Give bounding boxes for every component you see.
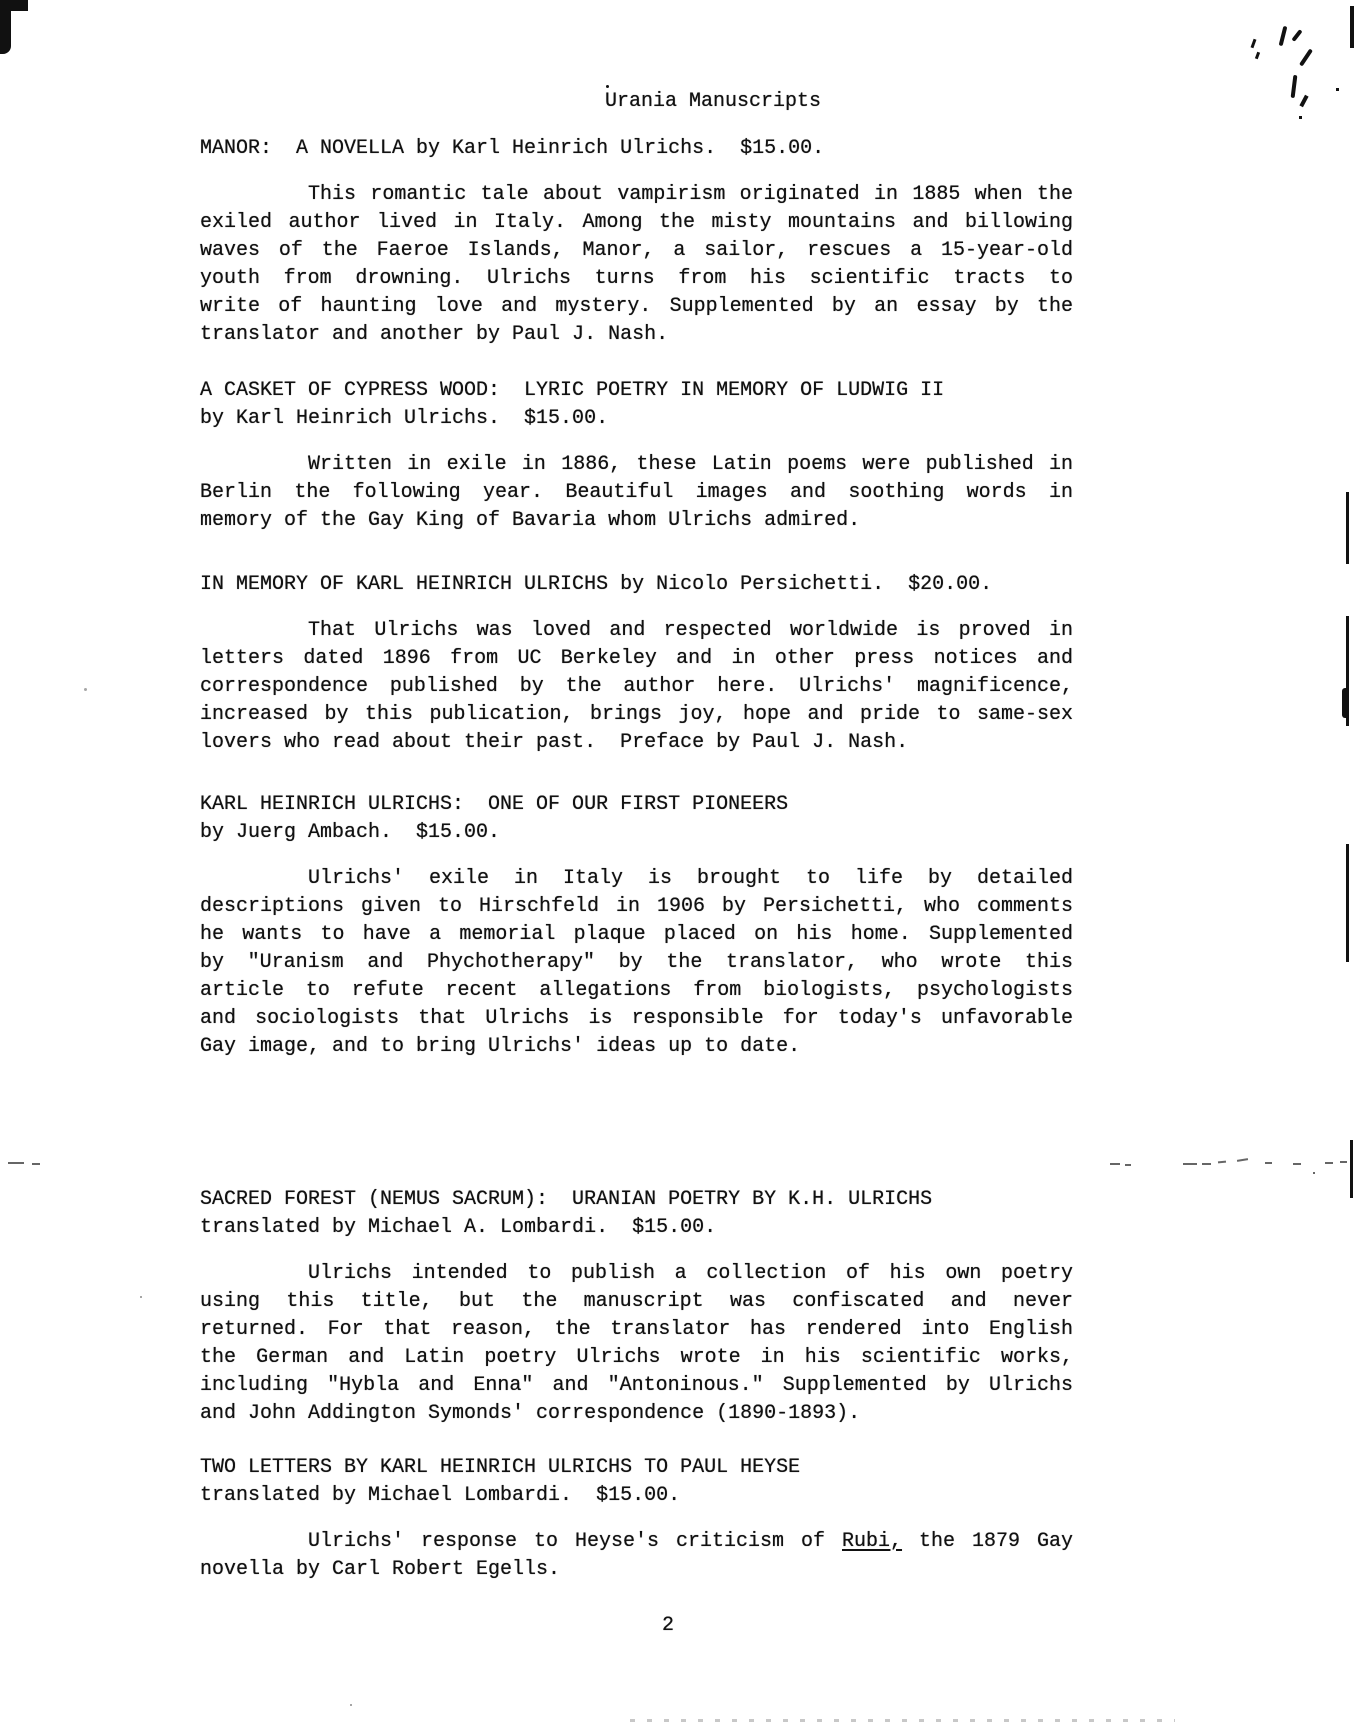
scan-dot [84,688,87,691]
entry-description: Ulrichs' exile in Italy is brought to li… [200,865,1073,1061]
entry-heading-line: IN MEMORY OF KARL HEINRICH ULRICHS by Ni… [200,571,1073,599]
text-line: Ulrichs intended to publish a collection… [200,1260,1073,1288]
pen-mark [1251,39,1257,48]
scan-dash [1218,1161,1226,1164]
text-line: article to refute recent allegations fro… [200,977,1073,1005]
pen-mark [1279,26,1288,46]
page-number: 2 [200,1612,1073,1640]
entry-heading-line: by Juerg Ambach. $15.00. [200,819,1073,847]
underlined-title-text: Rubi, [842,1530,902,1553]
entry-description: Ulrichs intended to publish a collection… [200,1260,1073,1428]
scanned-document-page: Urania Manuscripts MANOR: A NOVELLA by K… [0,0,1354,1729]
scan-edge-mark [1350,1140,1353,1198]
text-line: letters dated 1896 from UC Berkeley and … [200,645,1073,673]
pen-mark [1336,88,1339,91]
text-line: translator and another by Paul J. Nash. [200,321,1073,349]
catalog-entry: KARL HEINRICH ULRICHS: ONE OF OUR FIRST … [200,791,1073,1061]
text-line: Written in exile in 1886, these Latin po… [200,451,1073,479]
text-line: descriptions given to Hirschfeld in 1906… [200,893,1073,921]
scan-edge-mark [1346,492,1349,564]
scan-dash [1183,1163,1197,1165]
pen-mark [1299,116,1302,119]
text-line: Gay image, and to bring Ulrichs' ideas u… [200,1033,1073,1061]
entry-heading-line: TWO LETTERS BY KARL HEINRICH ULRICHS TO … [200,1454,1073,1482]
catalog-entry: TWO LETTERS BY KARL HEINRICH ULRICHS TO … [200,1454,1073,1584]
scan-dash [1110,1163,1120,1165]
text-line: This romantic tale about vampirism origi… [200,181,1073,209]
entry-heading-line: by Karl Heinrich Ulrichs. $15.00. [200,405,1073,433]
catalog-entry: A CASKET OF CYPRESS WOOD: LYRIC POETRY I… [200,377,1073,535]
text-line: correspondence published by the author h… [200,673,1073,701]
text-line: write of haunting love and mystery. Supp… [200,293,1073,321]
text-line: lovers who read about their past. Prefac… [200,729,1073,757]
text-line: by "Uranism and Phychotherapy" by the tr… [200,949,1073,977]
catalog-entry: IN MEMORY OF KARL HEINRICH ULRICHS by Ni… [200,571,1073,757]
catalog-entry: MANOR: A NOVELLA by Karl Heinrich Ulrich… [200,135,1073,349]
text-line: he wants to have a memorial plaque place… [200,921,1073,949]
scan-dot [606,85,609,88]
text-line: including "Hybla and Enna" and "Antonino… [200,1372,1073,1400]
text-line: exiled author lived in Italy. Among the … [200,209,1073,237]
text-line: Ulrichs' response to Heyse's criticism o… [200,1528,1073,1556]
text-line: novella by Carl Robert Egells. [200,1556,1073,1584]
text-line: That Ulrichs was loved and respected wor… [200,617,1073,645]
text-line: increased by this publication, brings jo… [200,701,1073,729]
scan-dash [1125,1164,1131,1166]
scan-dash [32,1163,40,1165]
page-content: Urania Manuscripts MANOR: A NOVELLA by K… [200,0,1073,1640]
entry-heading-line: MANOR: A NOVELLA by Karl Heinrich Ulrich… [200,135,1073,163]
scan-dot [350,1704,352,1706]
text-line: and John Addington Symonds' corresponden… [200,1400,1073,1428]
text-line: youth from drowning. Ulrichs turns from … [200,265,1073,293]
pen-mark [1291,75,1298,98]
entry-heading-line: translated by Michael A. Lombardi. $15.0… [200,1214,1073,1242]
scan-dash [8,1162,24,1164]
scan-speckle-band [630,1719,1175,1722]
page-title: Urania Manuscripts [200,88,1073,116]
entry-heading-line: SACRED FOREST (NEMUS SACRUM): URANIAN PO… [200,1186,1073,1214]
scan-dash [1202,1163,1211,1165]
text-line: Ulrichs' exile in Italy is brought to li… [200,865,1073,893]
text-line: the German and Latin poetry Ulrichs wrot… [200,1344,1073,1372]
scan-dot [1313,1172,1315,1174]
sections: MANOR: A NOVELLA by Karl Heinrich Ulrich… [200,135,1073,1584]
scan-edge-mark [1342,688,1349,718]
entry-heading-line: translated by Michael Lombardi. $15.00. [200,1482,1073,1510]
scan-dash [1340,1161,1347,1163]
text-line: using this title, but the manuscript was… [200,1288,1073,1316]
pen-mark [1291,29,1302,42]
entry-description: That Ulrichs was loved and respected wor… [200,617,1073,757]
entry-description: This romantic tale about vampirism origi… [200,181,1073,349]
text-line: waves of the Faeroe Islands, Manor, a sa… [200,237,1073,265]
scan-edge-mark [1346,844,1349,962]
corner-fold-mark [0,0,11,54]
catalog-entry: SACRED FOREST (NEMUS SACRUM): URANIAN PO… [200,1186,1073,1428]
entry-heading-line: KARL HEINRICH ULRICHS: ONE OF OUR FIRST … [200,791,1073,819]
pen-mark [1255,52,1260,60]
text-line: Berlin the following year. Beautiful ima… [200,479,1073,507]
scan-dash [1293,1163,1301,1165]
entry-description: Ulrichs' response to Heyse's criticism o… [200,1528,1073,1584]
entry-description: Written in exile in 1886, these Latin po… [200,451,1073,535]
scan-dot [140,1296,142,1298]
pen-mark [1299,95,1308,107]
scan-edge-mark [1350,6,1354,48]
scan-dash [1237,1158,1248,1162]
scan-dash [1325,1162,1333,1164]
pen-mark [1299,49,1313,67]
text-line: and sociologists that Ulrichs is respons… [200,1005,1073,1033]
text-line: memory of the Gay King of Bavaria whom U… [200,507,1073,535]
scan-dash [1265,1162,1272,1164]
entry-heading-line: A CASKET OF CYPRESS WOOD: LYRIC POETRY I… [200,377,1073,405]
text-line: returned. For that reason, the translato… [200,1316,1073,1344]
